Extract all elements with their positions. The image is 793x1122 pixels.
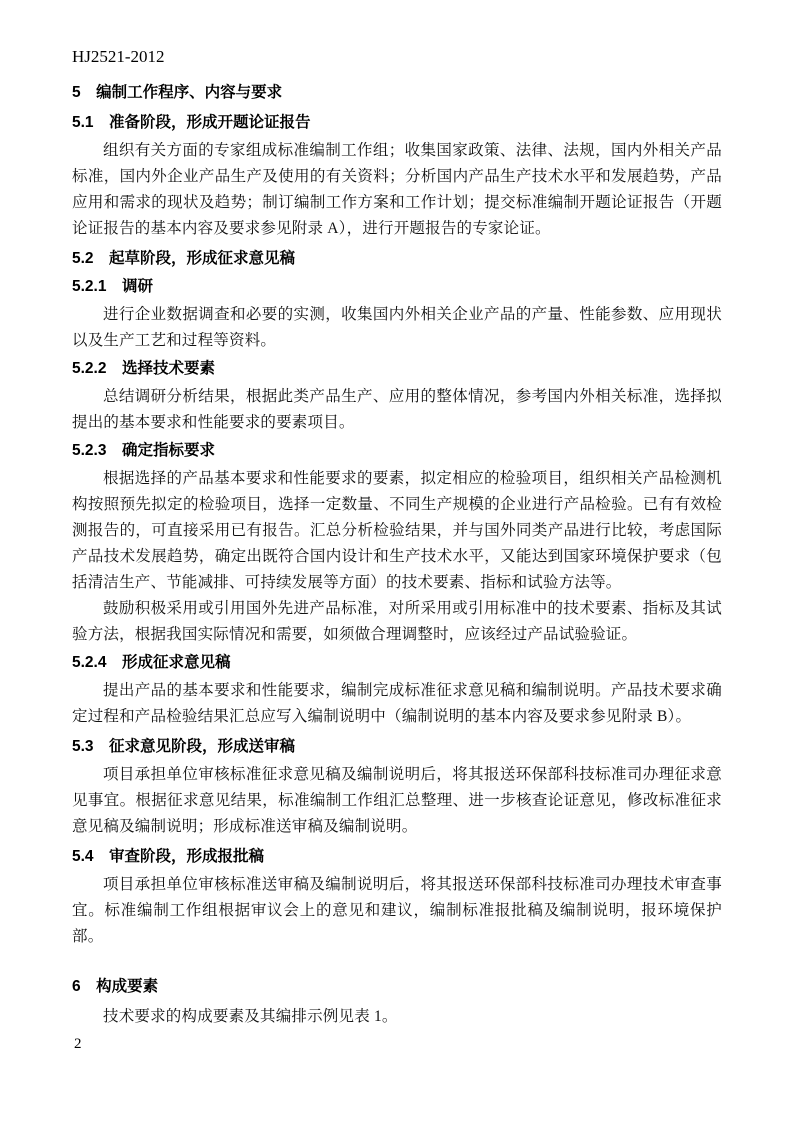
document-content: HJ2521-2012 5 编制工作程序、内容与要求 5.1 准备阶段，形成开题… <box>0 0 793 1030</box>
section-5-2-4-paragraph: 提出产品的基本要求和性能要求，编制完成标准征求意见稿和编制说明。产品技术要求确定… <box>72 678 722 730</box>
section-5-1-paragraph: 组织有关方面的专家组成标准编制工作组；收集国家政策、法律、法规，国内外相关产品标… <box>72 138 722 242</box>
section-6-heading: 6 构成要素 <box>72 974 722 1000</box>
document-number-header: HJ2521-2012 <box>72 46 722 68</box>
section-5-1-heading: 5.1 准备阶段，形成开题论证报告 <box>72 110 722 136</box>
section-5-4-paragraph: 项目承担单位审核标准送审稿及编制说明后，将其报送环保部科技标准司办理技术审查事宜… <box>72 872 722 950</box>
section-5-2-1-paragraph: 进行企业数据调查和必要的实测，收集国内外相关企业产品的产量、性能参数、应用现状以… <box>72 302 722 354</box>
document-page: HJ2521-2012 5 编制工作程序、内容与要求 5.1 准备阶段，形成开题… <box>0 0 793 1122</box>
section-5-3-heading: 5.3 征求意见阶段，形成送审稿 <box>72 734 722 760</box>
section-5-2-4-heading: 5.2.4 形成征求意见稿 <box>72 650 722 676</box>
section-5-2-3-paragraph-2: 鼓励积极采用或引用国外先进产品标准，对所采用或引用标准中的技术要素、指标及其试验… <box>72 596 722 648</box>
section-5-2-2-heading: 5.2.2 选择技术要素 <box>72 356 722 382</box>
section-5-2-heading: 5.2 起草阶段，形成征求意见稿 <box>72 246 722 272</box>
section-5-2-1-heading: 5.2.1 调研 <box>72 274 722 300</box>
section-5-heading: 5 编制工作程序、内容与要求 <box>72 80 722 106</box>
section-6-paragraph: 技术要求的构成要素及其编排示例见表 1。 <box>72 1004 722 1030</box>
section-5-2-3-heading: 5.2.3 确定指标要求 <box>72 438 722 464</box>
section-5-3-paragraph: 项目承担单位审核标准征求意见稿及编制说明后，将其报送环保部科技标准司办理征求意见… <box>72 762 722 840</box>
section-5-2-2-paragraph: 总结调研分析结果，根据此类产品生产、应用的整体情况，参考国内外相关标准，选择拟提… <box>72 384 722 436</box>
section-5-4-heading: 5.4 审查阶段，形成报批稿 <box>72 844 722 870</box>
page-number: 2 <box>74 1036 82 1053</box>
section-5-2-3-paragraph-1: 根据选择的产品基本要求和性能要求的要素，拟定相应的检验项目，组织相关产品检测机构… <box>72 466 722 596</box>
